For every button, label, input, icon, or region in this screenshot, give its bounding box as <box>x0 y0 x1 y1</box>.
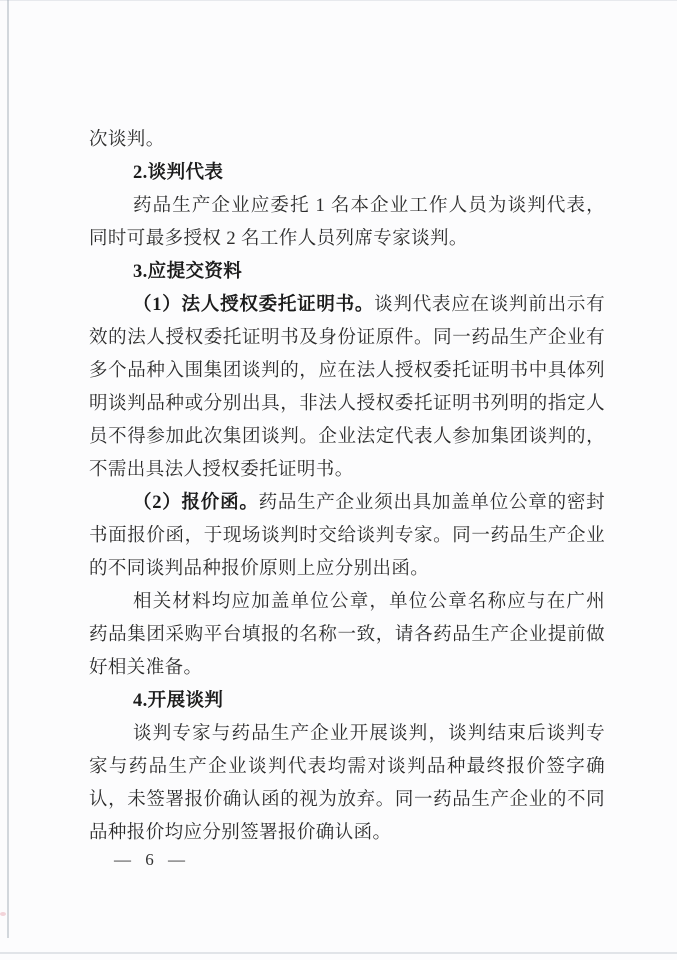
paragraph-quotation-letter: （2）报价函。药品生产企业须出具加盖单位公章的密封书面报价函，于现场谈判时交给谈… <box>89 487 605 586</box>
paragraph-authorization-letter: （1）法人授权委托证明书。谈判代表应在谈判前出示有效的法人授权委托证明书及身份证… <box>89 289 605 487</box>
paragraph-lead-quotation-letter: （2）报价函。 <box>133 493 259 513</box>
paragraph-seal-requirement: 相关材料均应加盖单位公章，单位公章名称应与在广州药品集团采购平台填报的名称一致，… <box>89 586 605 685</box>
page-number: — 6 — <box>114 849 190 871</box>
section-heading-negotiation-representative: 2.谈判代表 <box>89 157 605 190</box>
scan-speck <box>0 912 6 916</box>
scan-edge-top <box>0 0 677 1</box>
document-page: 次谈判。 2.谈判代表 药品生产企业应委托 1 名本企业工作人员为谈判代表，同时… <box>0 0 677 960</box>
paragraph-text-authorization-letter: 谈判代表应在谈判前出示有效的法人授权委托证明书及身份证原件。同一药品生产企业有多… <box>89 295 605 480</box>
scan-edge-left <box>7 0 9 938</box>
paragraph-negotiation-representative: 药品生产企业应委托 1 名本企业工作人员为谈判代表，同时可最多授权 2 名工作人… <box>89 190 605 256</box>
document-body: 次谈判。 2.谈判代表 药品生产企业应委托 1 名本企业工作人员为谈判代表，同时… <box>89 124 605 850</box>
paragraph-conduct-negotiation: 谈判专家与药品生产企业开展谈判，谈判结束后谈判专家与药品生产企业谈判代表均需对谈… <box>89 718 605 850</box>
paragraph-lead-authorization-letter: （1）法人授权委托证明书。 <box>133 295 374 315</box>
section-heading-required-materials: 3.应提交资料 <box>89 256 605 289</box>
scan-edge-bottom <box>0 952 677 954</box>
section-heading-conduct-negotiation: 4.开展谈判 <box>89 685 605 718</box>
paragraph-continuation: 次谈判。 <box>89 124 605 157</box>
